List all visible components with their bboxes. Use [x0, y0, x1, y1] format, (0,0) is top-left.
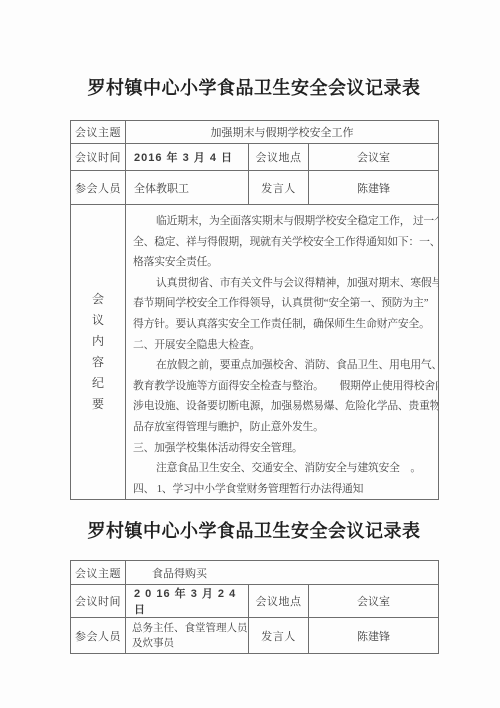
document-page: 罗村镇中心小学食品卫生安全会议记录表 会议主题 加强期末与假期学校安全工作 会议… [0, 0, 500, 708]
place-label: 会议地点 [249, 144, 309, 171]
topic-value: 食品得购买 [126, 561, 439, 585]
document-title: 罗村镇中心小学食品卫生安全会议记录表 [70, 517, 438, 543]
meeting-notes-line: 教育教学设施等方面得安全检查与整治。 假期停止使用得校舍内得 [133, 376, 436, 397]
table-row: 会议时间 2 0 16 年 3 月 2 4 日 会议地点 会议室 [71, 585, 439, 618]
topic-label: 会议主题 [71, 121, 126, 144]
time-label: 会议时间 [71, 585, 126, 618]
meeting-notes-line: 涉电设施、设备要切断电源，加强易燃易爆、危险化学品、贵重物 [133, 396, 436, 417]
meeting-notes-line: 春节期间学校安全工作得领导，认真贯彻“安全第一、预防为主” [133, 293, 436, 314]
table-row: 会 议 内 容 纪 要 临近期末，为全面落实期末与假期学校安全稳定工作， 过一个… [71, 205, 439, 500]
speaker-label: 发言人 [249, 618, 309, 654]
time-value: 2 0 16 年 3 月 2 4 日 [126, 585, 249, 618]
time-label: 会议时间 [71, 144, 126, 171]
topic-label: 会议主题 [71, 561, 126, 585]
place-value: 会议室 [309, 144, 439, 171]
meeting-notes-label-text: 会 议 内 容 纪 要 [71, 289, 125, 415]
speaker-value: 陈建锋 [309, 618, 439, 654]
meeting-notes-line: 品存放室得管理与瞧护，防止意外发生。 [133, 417, 436, 438]
meeting-notes-line: 三、加强学校集体活动得安全管理。 [133, 438, 436, 459]
table-row: 会议主题 加强期末与假期学校安全工作 [71, 121, 439, 144]
meeting-notes-line: 格落实安全责任。 [133, 252, 436, 273]
meeting-record-table-2: 会议主题 食品得购买 会议时间 2 0 16 年 3 月 2 4 日 会议地点 … [70, 560, 439, 654]
meeting-notes-line: 得方针。要认真落实安全工作责任制，确保师生生命财产安全。 [133, 314, 436, 335]
table-row: 会议主题 食品得购买 [71, 561, 439, 585]
topic-value: 加强期末与假期学校安全工作 [126, 121, 439, 144]
meeting-notes-line: 四、 1、学习中小学食堂财务管理暂行办法得通知 [133, 479, 436, 500]
meeting-notes-line: 全、稳定、祥与得假期，现就有关学校安全工作得通知如下：一、严 [133, 232, 436, 253]
meeting-notes-line: 在放假之前，要重点加强校舍、消防、食品卫生、用电用气、 [133, 355, 436, 376]
place-label: 会议地点 [249, 585, 309, 618]
attendees-value: 总务主任、食堂管理人员及炊事员 [126, 618, 249, 654]
speaker-label: 发言人 [249, 171, 309, 205]
meeting-notes-body: 临近期末，为全面落实期末与假期学校安全稳定工作， 过一个安 全、稳定、祥与得假期… [126, 205, 439, 500]
table-row: 会议时间 2016 年 3 月 4 日 会议地点 会议室 [71, 144, 439, 171]
meeting-notes-line: 注意食品卫生安全、交通安全、消防安全与建筑安全 。 [133, 458, 436, 479]
meeting-notes-line: 二、开展安全隐患大检查。 [133, 335, 436, 356]
attendees-label: 参会人员 [71, 618, 126, 654]
meeting-notes-line: 临近期末，为全面落实期末与假期学校安全稳定工作， 过一个安 [133, 211, 436, 232]
table-row: 参会人员 全体教职工 发言人 陈建锋 [71, 171, 439, 205]
attendees-label: 参会人员 [71, 171, 126, 205]
meeting-record-table-1: 会议主题 加强期末与假期学校安全工作 会议时间 2016 年 3 月 4 日 会… [70, 120, 439, 500]
attendees-value: 全体教职工 [126, 171, 249, 205]
time-value: 2016 年 3 月 4 日 [126, 144, 249, 171]
table-row: 参会人员 总务主任、食堂管理人员及炊事员 发言人 陈建锋 [71, 618, 439, 654]
place-value: 会议室 [309, 585, 439, 618]
meeting-notes-line: 认真贯彻省、市有关文件与会议得精神，加强对期末、寒假与 [133, 273, 436, 294]
meeting-notes-label: 会 议 内 容 纪 要 [71, 205, 126, 500]
speaker-value: 陈建锋 [309, 171, 439, 205]
document-title: 罗村镇中心小学食品卫生安全会议记录表 [70, 74, 438, 100]
